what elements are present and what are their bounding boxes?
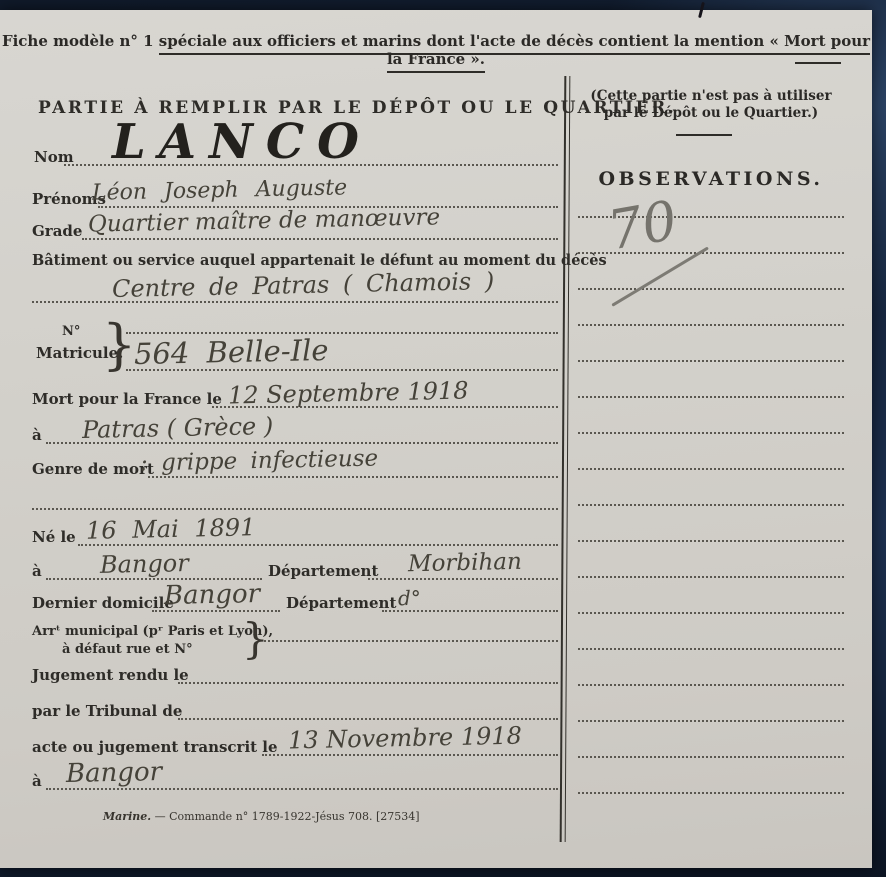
acte-line bbox=[262, 754, 558, 756]
observation-ruled-line bbox=[578, 324, 844, 326]
observation-ruled-line bbox=[578, 648, 844, 650]
form-header-prefix: Fiche modèle n° 1 bbox=[2, 32, 159, 50]
tribunal-label: par le Tribunal de bbox=[32, 702, 182, 720]
genre-label: Genre de mort bbox=[32, 460, 154, 478]
grade-label: Grade bbox=[32, 222, 82, 240]
imprint-marine: Marine. bbox=[103, 810, 151, 823]
mort-label: Mort pour la France le bbox=[32, 390, 222, 408]
column-divider bbox=[560, 76, 571, 842]
matricule-brace: } bbox=[102, 318, 136, 372]
mort-value: 12 Septembre 1918 bbox=[228, 376, 469, 409]
batiment-value: Centre de Patras ( Chamois ) bbox=[112, 267, 495, 303]
dept2-line bbox=[382, 610, 558, 612]
matricule-line-1 bbox=[126, 332, 558, 334]
pencil-annotation: 70 bbox=[603, 189, 682, 263]
ne-label: Né le bbox=[32, 528, 76, 546]
dept1-line bbox=[368, 578, 558, 580]
dept1-label: Département bbox=[268, 562, 378, 580]
header-double-underline bbox=[795, 62, 841, 64]
observation-ruled-line bbox=[578, 288, 844, 290]
grade-value: Quartier maître de manœuvre bbox=[88, 204, 441, 237]
observation-ruled-line bbox=[578, 396, 844, 398]
a1-label: à bbox=[32, 426, 42, 444]
arr-label-line1: Arrᵗ municipal (pʳ Paris et Lyon), bbox=[32, 624, 273, 639]
arr-brace: } bbox=[242, 618, 269, 660]
observation-ruled-line bbox=[578, 468, 844, 470]
dept2-label: Département bbox=[286, 594, 396, 612]
observation-ruled-line bbox=[578, 540, 844, 542]
observation-ruled-line bbox=[578, 612, 844, 614]
grade-line bbox=[82, 238, 558, 240]
observation-ruled-line bbox=[578, 684, 844, 686]
observation-ruled-line bbox=[578, 720, 844, 722]
record-card: Fiche modèle n° 1 spéciale aux officiers… bbox=[0, 10, 872, 868]
observation-ruled-line bbox=[578, 756, 844, 758]
arr-label-line2: à défaut rue et N° bbox=[62, 642, 193, 657]
printer-imprint: Marine. — Commande n° 1789-1922-Jésus 70… bbox=[103, 810, 420, 823]
dept1-value: Morbihan bbox=[408, 549, 522, 577]
a3-value: Bangor bbox=[66, 757, 163, 789]
ne-value: 16 Mai 1891 bbox=[86, 513, 256, 545]
batiment-label: Bâtiment ou service auquel appartenait l… bbox=[32, 252, 607, 269]
jugement-line bbox=[178, 682, 558, 684]
form-header-underlined: spéciale aux officiers et marins dont l'… bbox=[159, 32, 870, 73]
tribunal-line bbox=[178, 718, 558, 720]
matricule-label-line1: N° bbox=[62, 324, 80, 339]
form-header: Fiche modèle n° 1 spéciale aux officiers… bbox=[0, 32, 872, 68]
a2-value: Bangor bbox=[100, 549, 189, 579]
acte-label: acte ou jugement transcrit le bbox=[32, 738, 278, 756]
notice-rule bbox=[676, 134, 732, 136]
nom-value: LANCO bbox=[112, 114, 372, 170]
a3-line bbox=[46, 788, 558, 790]
blank-line bbox=[32, 508, 558, 510]
jugement-label: Jugement rendu le bbox=[32, 666, 189, 684]
observations-title: OBSERVATIONS. bbox=[580, 168, 842, 190]
genre-value: : grippe infectieuse bbox=[140, 446, 379, 477]
right-notice: (Cette partie n'est pas à utiliser par l… bbox=[580, 88, 842, 122]
top-edge-ink-mark bbox=[698, 2, 705, 18]
arr-line bbox=[264, 640, 558, 642]
batiment-line bbox=[32, 301, 558, 303]
a2-label: à bbox=[32, 562, 42, 580]
dept2-value: d° bbox=[398, 586, 421, 610]
imprint-rest: — Commande n° 1789-1922-Jésus 708. [2753… bbox=[151, 810, 419, 823]
observation-ruled-line bbox=[578, 576, 844, 578]
ne-line bbox=[78, 544, 558, 546]
acte-value: 13 Novembre 1918 bbox=[288, 722, 522, 755]
prenoms-value: Léon Joseph Auguste bbox=[92, 175, 348, 205]
right-notice-line1: (Cette partie n'est pas à utiliser bbox=[580, 88, 842, 105]
right-notice-line2: par le Dépôt ou le Quartier.) bbox=[580, 105, 842, 122]
a3-label: à bbox=[32, 772, 42, 790]
observation-ruled-line bbox=[578, 432, 844, 434]
observation-ruled-line bbox=[578, 360, 844, 362]
domicile-value: Bangor bbox=[164, 579, 261, 611]
genre-line bbox=[148, 476, 558, 478]
observation-ruled-line bbox=[578, 792, 844, 794]
a1-value: Patras ( Grèce ) bbox=[82, 412, 274, 444]
observation-ruled-line bbox=[578, 504, 844, 506]
matricule-value: 564 Belle-Ile bbox=[134, 333, 329, 371]
